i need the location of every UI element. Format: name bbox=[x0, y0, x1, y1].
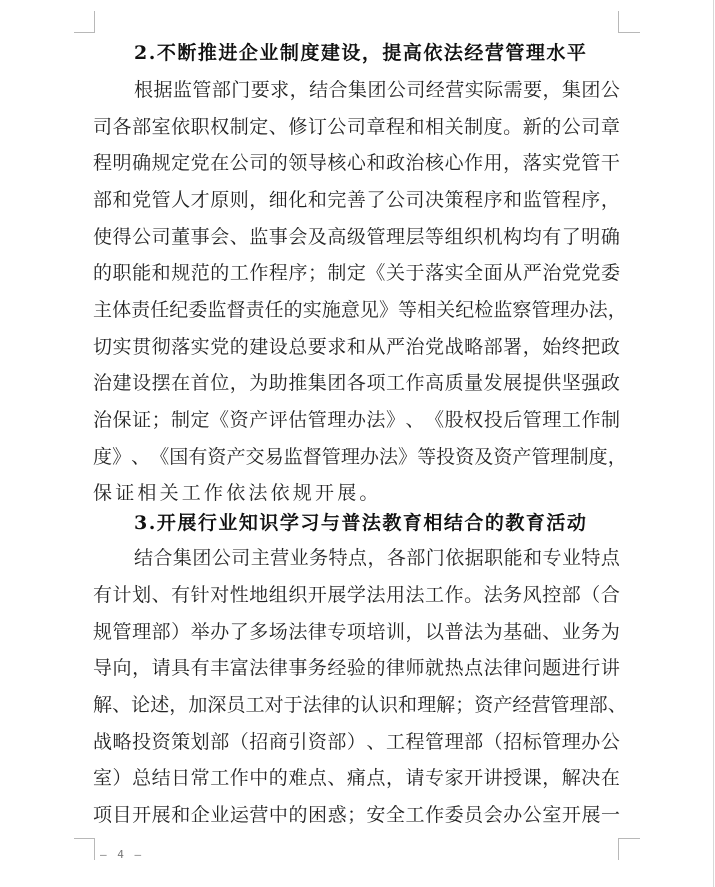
paragraph-line: 部 和 党 管 人 才 原 则 ， 细 化 和 完 善 了 公 司 决 策 程 … bbox=[93, 185, 620, 215]
paragraph-line: 治 保 证 ； 制 定 《 资 产 评 估 管 理 办 法 》 、 《 股 权 … bbox=[93, 405, 620, 435]
paragraph-line: 保证相关工作依法依规开展。 bbox=[93, 478, 620, 508]
paragraph-line: 主 体 责 任 纪 委 监 督 责 任 的 实 施 意 见 》 等 相 关 纪 … bbox=[93, 295, 620, 325]
paragraph-line: 使 得 公 司 董 事 会 、 监 事 会 及 高 级 管 理 层 等 组 织 … bbox=[93, 222, 620, 252]
page-number: – 4 – bbox=[100, 848, 143, 861]
paragraph-line: 司 各 部 室 依 职 权 制 定 、 修 订 公 司 章 程 和 相 关 制 … bbox=[93, 112, 620, 142]
corner-mark-top-left bbox=[74, 32, 95, 33]
paragraph-line: 室 ） 总 结 日 常 工 作 中 的 难 点 、 痛 点 ， 请 专 家 开 … bbox=[93, 763, 620, 793]
paragraph-line: 战 略 投 资 策 划 部 （ 招 商 引 资 部 ） 、 工 程 管 理 部 … bbox=[93, 727, 620, 757]
corner-mark-top-right bbox=[618, 32, 640, 33]
paragraph-line: 项 目 开 展 和 企 业 运 营 中 的 困 惑 ； 安 全 工 作 委 员 … bbox=[93, 800, 620, 830]
paragraph-line: 治 建 设 摆 在 首 位 ， 为 助 推 集 团 各 项 工 作 高 质 量 … bbox=[93, 368, 620, 398]
paragraph-line: 根 据 监 管 部 门 要 求 ， 结 合 集 团 公 司 经 营 实 际 需 … bbox=[134, 75, 620, 105]
corner-mark-bottom-right bbox=[618, 838, 640, 839]
corner-mark-bottom-left bbox=[94, 838, 95, 860]
paragraph-line: 导 向 ， 请 具 有 丰 富 法 律 事 务 经 验 的 律 师 就 热 点 … bbox=[93, 653, 620, 683]
paragraph-line: 解 、 论 述 ， 加 深 员 工 对 于 法 律 的 认 识 和 理 解 ； … bbox=[93, 690, 620, 720]
paragraph-line: 规 管 理 部 ） 举 办 了 多 场 法 律 专 项 培 训 ， 以 普 法 … bbox=[93, 617, 620, 647]
paragraph-line: 度 》 、 《 国 有 资 产 交 易 监 督 管 理 办 法 》 等 投 资 … bbox=[93, 442, 620, 472]
paragraph-line: 的 职 能 和 规 范 的 工 作 程 序 ； 制 定 《 关 于 落 实 全 … bbox=[93, 258, 620, 288]
page-edge-divider bbox=[713, 0, 714, 887]
corner-mark-bottom-left bbox=[74, 838, 95, 839]
section-heading-2: 2.不断推进企业制度建设，提高依法经营管理水平 bbox=[134, 38, 587, 68]
paragraph-line: 有 计 划 、 有 针 对 性 地 组 织 开 展 学 法 用 法 工 作 。 … bbox=[93, 580, 620, 610]
paragraph-line: 切 实 贯 彻 落 实 党 的 建 设 总 要 求 和 从 严 治 党 战 略 … bbox=[93, 332, 620, 362]
document-page: 2.不断推进企业制度建设，提高依法经营管理水平 根 据 监 管 部 门 要 求 … bbox=[0, 0, 715, 887]
corner-mark-top-right bbox=[618, 11, 619, 33]
corner-mark-top-left bbox=[94, 11, 95, 33]
paragraph-line: 结 合 集 团 公 司 主 营 业 务 特 点 ， 各 部 门 依 据 职 能 … bbox=[134, 543, 620, 573]
corner-mark-bottom-right bbox=[618, 838, 619, 860]
section-heading-3: 3.开展行业知识学习与普法教育相结合的教育活动 bbox=[134, 508, 587, 538]
paragraph-line: 程 明 确 规 定 党 在 公 司 的 领 导 核 心 和 政 治 核 心 作 … bbox=[93, 148, 620, 178]
